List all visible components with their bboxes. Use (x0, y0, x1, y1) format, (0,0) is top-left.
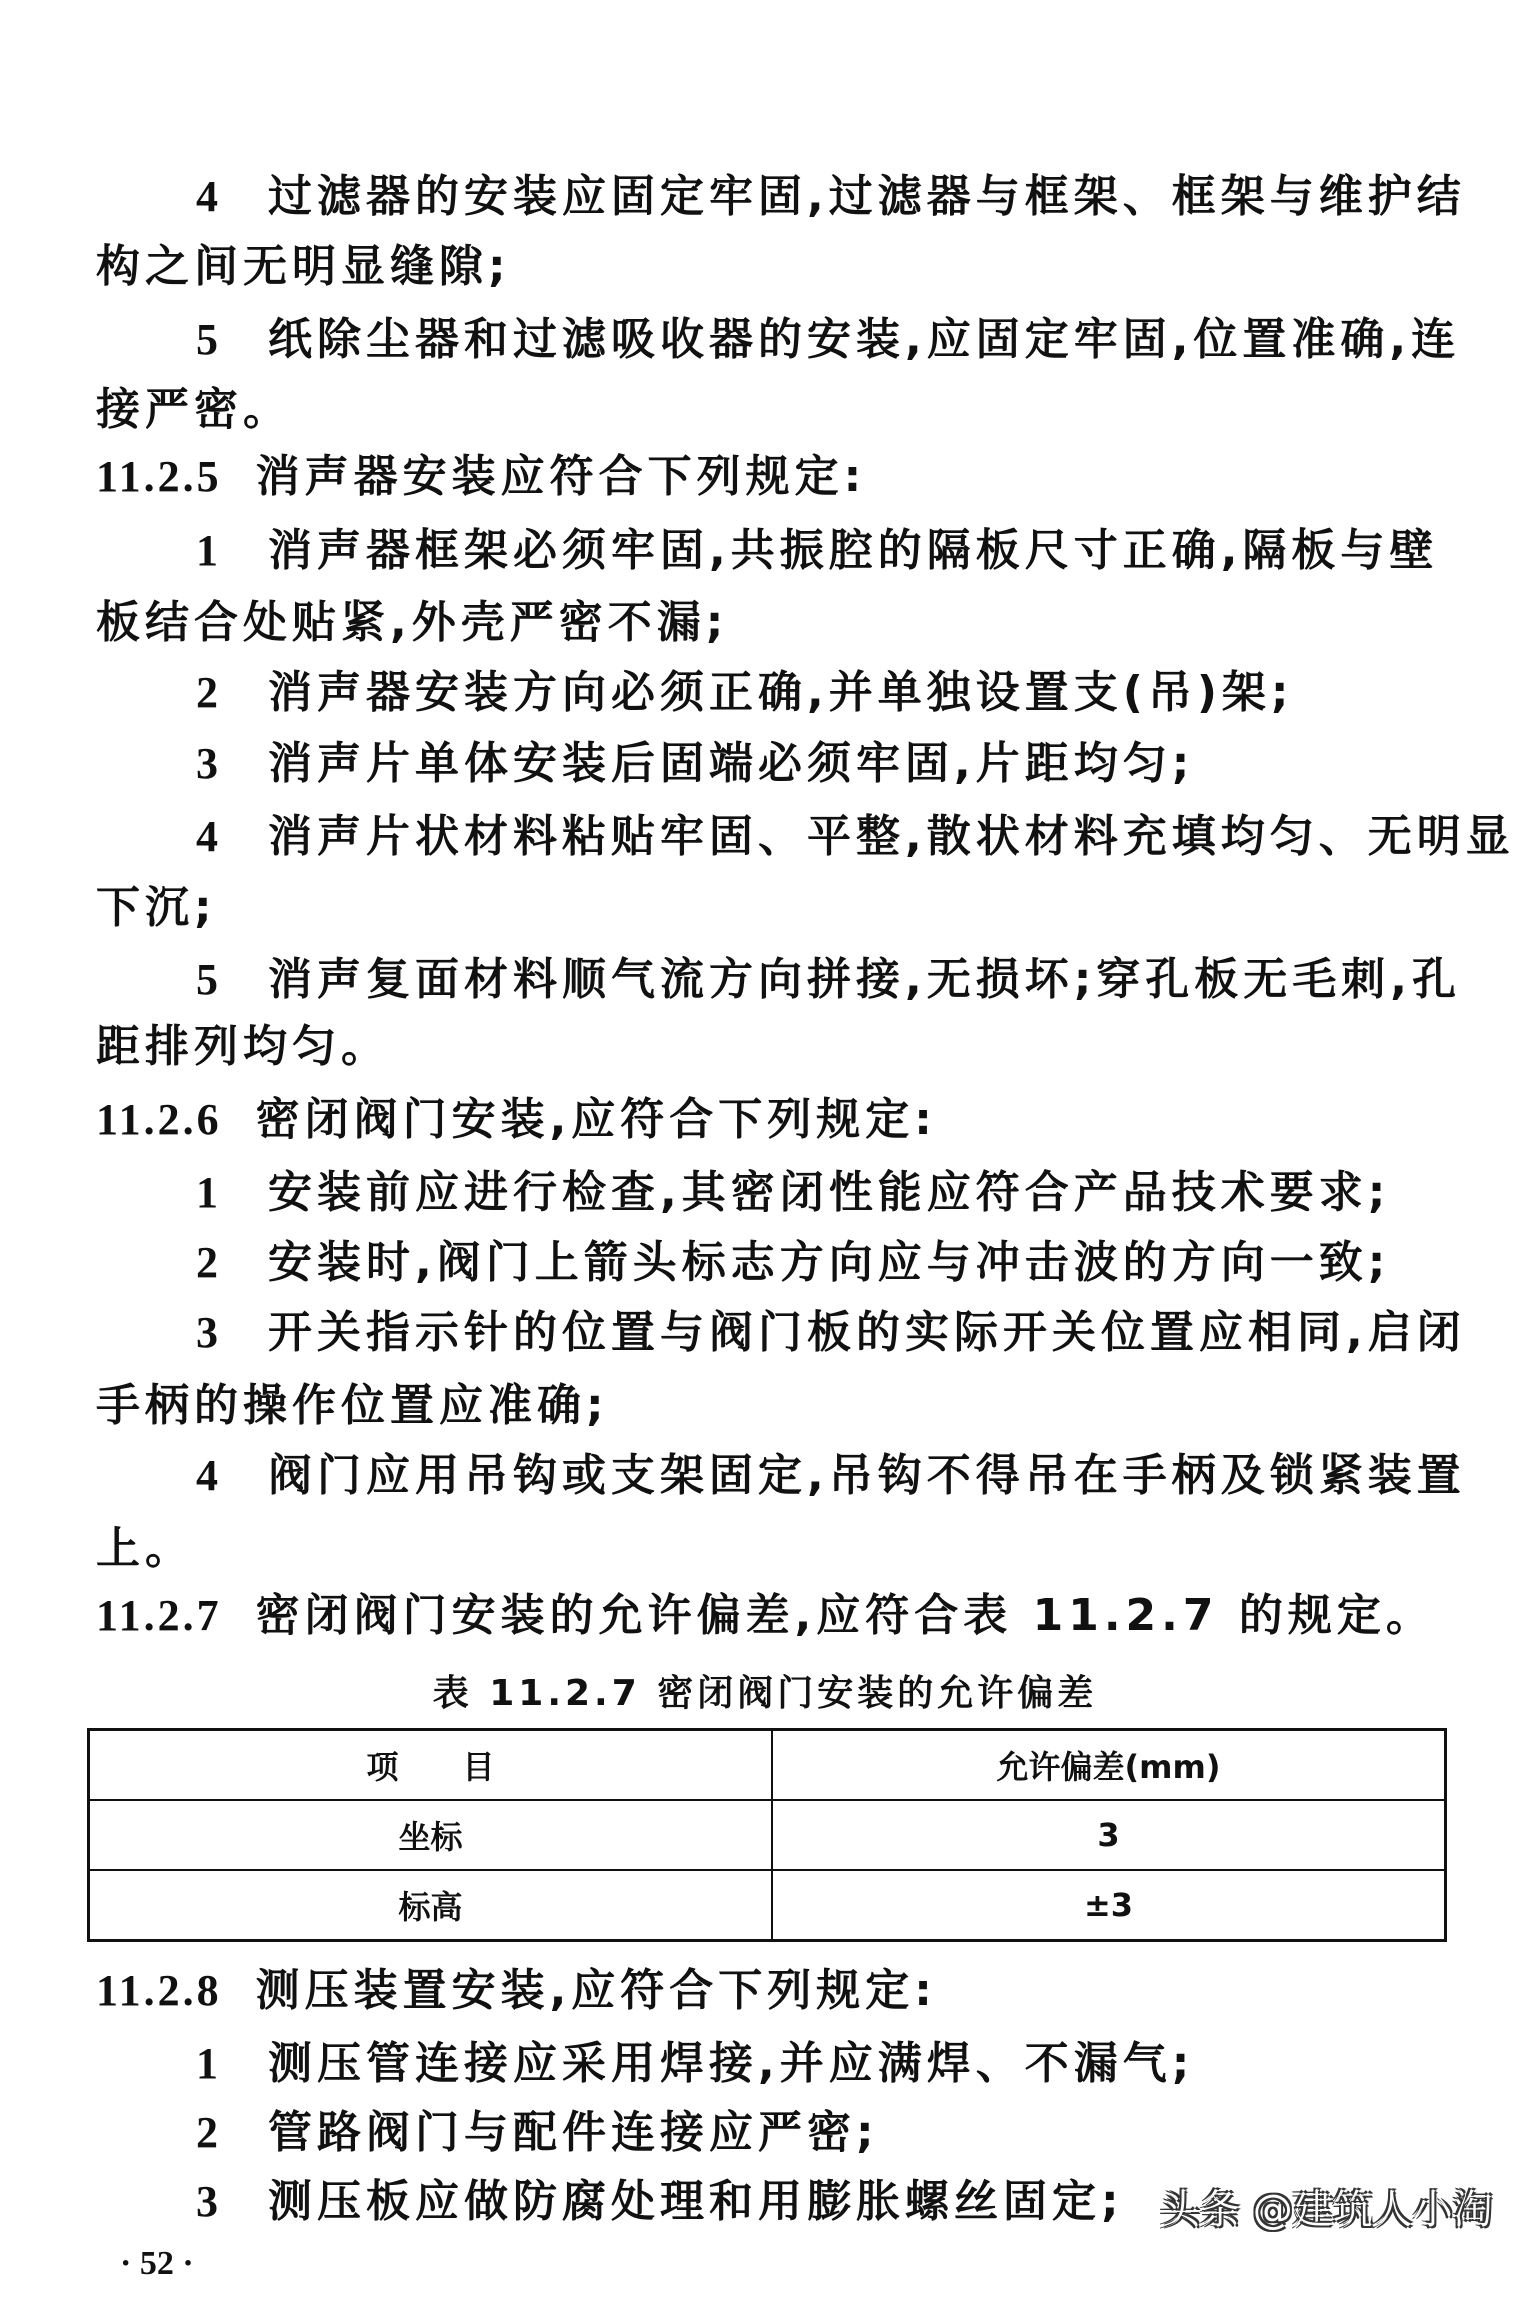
continuation-line: 手柄的操作位置应准确; (96, 1378, 609, 1434)
item-number: 1 (196, 523, 268, 579)
section-title: 消声器安装应符合下列规定: (256, 451, 867, 502)
section-heading: 11.2.8测压装置安装,应符合下列规定: (96, 1963, 937, 2019)
item-number: 3 (196, 736, 268, 792)
item-text: 消声复面材料顺气流方向拼接,无损坏;穿孔板无毛刺,孔 (268, 954, 1461, 1005)
list-item: 2管路阀门与配件连接应严密; (196, 2105, 879, 2161)
continuation-line: 接严密。 (96, 382, 292, 438)
item-number: 5 (196, 312, 268, 368)
item-text: 测压管连接应采用焊接,并应满焊、不漏气; (268, 2038, 1194, 2089)
continuation-line: 板结合处贴紧,外壳严密不漏; (96, 595, 728, 651)
item-number: 4 (196, 1448, 268, 1504)
list-item: 2消声器安装方向必须正确,并单独设置支(吊)架; (196, 665, 1294, 721)
item-text: 消声器安装方向必须正确,并单独设置支(吊)架; (268, 667, 1294, 718)
section-heading: 11.2.5消声器安装应符合下列规定: (96, 449, 866, 505)
table-caption: 表 11.2.7 密闭阀门安装的允许偏差 (0, 1665, 1530, 1716)
item-text: 测压板应做防腐处理和用膨胀螺丝固定; (268, 2176, 1124, 2227)
table-cell: 标高 (89, 1870, 773, 1941)
item-number: 5 (196, 952, 268, 1008)
item-number: 2 (196, 2105, 268, 2161)
list-item: 4消声片状材料粘贴牢固、平整,散状材料充填均匀、无明显 (196, 809, 1515, 865)
tolerance-table: 项 目 允许偏差(mm) 坐标 3 标高 ±3 (87, 1728, 1447, 1942)
item-number: 3 (196, 2174, 268, 2230)
list-item: 2安装时,阀门上箭头标志方向应与冲击波的方向一致; (196, 1235, 1390, 1291)
continuation-line: 距排列均匀。 (96, 1019, 390, 1075)
watermark: 头条 @建筑人小淘 (1160, 2178, 1493, 2235)
item-number: 3 (196, 1305, 268, 1361)
section-title: 密闭阀门安装的允许偏差,应符合表 11.2.7 的规定。 (256, 1590, 1435, 1641)
item-text: 消声片单体安装后固端必须牢固,片距均匀; (268, 738, 1194, 789)
section-heading: 11.2.7密闭阀门安装的允许偏差,应符合表 11.2.7 的规定。 (96, 1588, 1435, 1644)
list-item: 3开关指示针的位置与阀门板的实际开关位置应相同,启闭 (196, 1305, 1466, 1361)
page-number: · 52 · (120, 2245, 194, 2283)
section-heading: 11.2.6密闭阀门安装,应符合下列规定: (96, 1092, 937, 1148)
section-number: 11.2.6 (96, 1095, 222, 1144)
item-number: 2 (196, 665, 268, 721)
table-cell: 3 (772, 1800, 1446, 1870)
continuation-line: 上。 (96, 1521, 194, 1577)
item-text: 消声片状材料粘贴牢固、平整,散状材料充填均匀、无明显 (268, 811, 1515, 862)
table-header-cell: 项 目 (89, 1730, 773, 1801)
item-number: 1 (196, 1165, 268, 1221)
item-text: 纸除尘器和过滤吸收器的安装,应固定牢固,位置准确,连 (268, 314, 1460, 365)
list-item: 1测压管连接应采用焊接,并应满焊、不漏气; (196, 2036, 1194, 2092)
item-text: 安装时,阀门上箭头标志方向应与冲击波的方向一致; (268, 1237, 1390, 1288)
table-header-cell: 允许偏差(mm) (772, 1730, 1446, 1801)
item-number: 1 (196, 2036, 268, 2092)
list-item: 4过滤器的安装应固定牢固,过滤器与框架、框架与维护结 (196, 169, 1466, 225)
table-cell: 坐标 (89, 1800, 773, 1870)
list-item: 1安装前应进行检查,其密闭性能应符合产品技术要求; (196, 1165, 1390, 1221)
list-item: 5纸除尘器和过滤吸收器的安装,应固定牢固,位置准确,连 (196, 312, 1460, 368)
table-row: 标高 ±3 (89, 1870, 1446, 1941)
item-text: 开关指示针的位置与阀门板的实际开关位置应相同,启闭 (268, 1307, 1466, 1358)
list-item: 4阀门应用吊钩或支架固定,吊钩不得吊在手柄及锁紧装置 (196, 1448, 1466, 1504)
section-title: 测压装置安装,应符合下列规定: (256, 1965, 937, 2016)
section-number: 11.2.7 (96, 1591, 222, 1640)
item-number: 2 (196, 1235, 268, 1291)
continuation-line: 下沉; (96, 880, 217, 936)
section-number: 11.2.8 (96, 1966, 222, 2015)
table-header-row: 项 目 允许偏差(mm) (89, 1730, 1446, 1801)
item-text: 阀门应用吊钩或支架固定,吊钩不得吊在手柄及锁紧装置 (268, 1450, 1466, 1501)
item-text: 安装前应进行检查,其密闭性能应符合产品技术要求; (268, 1167, 1390, 1218)
list-item: 3消声片单体安装后固端必须牢固,片距均匀; (196, 736, 1194, 792)
item-number: 4 (196, 809, 268, 865)
section-number: 11.2.5 (96, 452, 222, 501)
section-title: 密闭阀门安装,应符合下列规定: (256, 1094, 937, 1145)
item-text: 管路阀门与配件连接应严密; (268, 2107, 879, 2158)
table-row: 坐标 3 (89, 1800, 1446, 1870)
item-number: 4 (196, 169, 268, 225)
item-text: 过滤器的安装应固定牢固,过滤器与框架、框架与维护结 (268, 171, 1466, 222)
list-item: 5消声复面材料顺气流方向拼接,无损坏;穿孔板无毛刺,孔 (196, 952, 1461, 1008)
continuation-line: 构之间无明显缝隙; (96, 239, 511, 295)
table-cell: ±3 (772, 1870, 1446, 1941)
list-item: 1消声器框架必须牢固,共振腔的隔板尺寸正确,隔板与壁 (196, 523, 1438, 579)
item-text: 消声器框架必须牢固,共振腔的隔板尺寸正确,隔板与壁 (268, 525, 1438, 576)
list-item: 3测压板应做防腐处理和用膨胀螺丝固定; (196, 2174, 1124, 2230)
